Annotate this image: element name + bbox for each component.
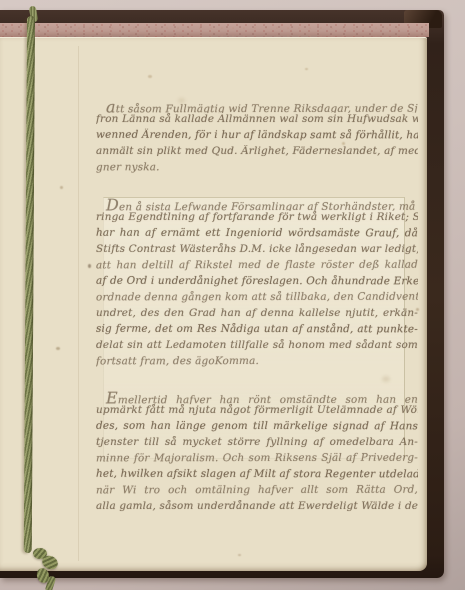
stain-spot — [305, 68, 308, 70]
stain-spot — [148, 75, 152, 78]
handwriting-line: het, hwilken afsikt slagen af Milt af st… — [96, 468, 418, 485]
handwriting-line: des, som han länge genom till märkelige … — [96, 420, 418, 437]
handwriting-line: när Wi tro och omtälning hafver allt som… — [96, 484, 418, 501]
handwriting-line: Stifts Contrast Wästeråhs D.M. icke lång… — [96, 243, 418, 259]
handwriting-line: delat sin att Ledamoten tillfalle så hon… — [96, 339, 418, 355]
page-fold-line — [78, 46, 79, 561]
handwriting-line: wenned Ärenden, för i hur af ländskap sa… — [96, 129, 418, 146]
stain-spot — [382, 376, 390, 382]
handwriting-line: gner nyska. — [96, 161, 418, 178]
manuscript-page: att såsom Fullmägtig wid Trenne Riksdaga… — [0, 37, 427, 571]
handwriting-line: fortsatt fram, des ägoKomma. — [96, 355, 418, 372]
stain-spot — [56, 347, 60, 350]
handwriting-paragraph: att såsom Fullmägtig wid Trenne Riksdaga… — [96, 97, 418, 177]
handwriting-line: Den å sista Lefwande Församlingar af Sto… — [96, 195, 418, 212]
handwriting-line: upmärkt fått må njuta något förmerligit … — [96, 404, 418, 420]
handwriting-block: att såsom Fullmägtig wid Trenne Riksdaga… — [96, 97, 418, 516]
handwriting-line: ordnade denna gången kom att så tillbaka… — [96, 291, 418, 308]
handwriting-line: fron Länna så kallade Allmännen wal som … — [96, 113, 418, 129]
stain-spot — [60, 186, 63, 189]
handwriting-line: af de Ord i underdånighet föreslagen. Oc… — [96, 275, 418, 292]
stain-spot — [88, 264, 91, 268]
handwriting-line: ringa Egendtlning af fortfarande för twå… — [96, 211, 418, 227]
handwriting-line: att såsom Fullmägtig wid Trenne Riksdaga… — [96, 97, 418, 114]
book: att såsom Fullmägtig wid Trenne Riksdaga… — [0, 10, 444, 578]
handwriting-line: undret, des den Grad han af denna kallel… — [96, 307, 418, 323]
handwriting-line: anmält sin plikt med Qud. Ärlighet, Fäde… — [96, 145, 418, 161]
handwriting-paragraph: Den å sista Lefwande Församlingar af Sto… — [96, 195, 418, 371]
stain-spot — [342, 142, 345, 145]
handwriting-line: tjenster till så mycket större fyllning … — [96, 436, 418, 452]
stain-spot — [178, 98, 185, 103]
handwriting-line: alla gamla, såsom underdånande att Ewerd… — [96, 500, 418, 516]
page-edge-marbling — [0, 23, 429, 37]
handwriting-line: att han deltill af Rikstel med de flaste… — [96, 259, 418, 276]
handwriting-paragraph: Emellertid hafver han rönt omständte som… — [96, 388, 418, 516]
stain-spot — [238, 554, 241, 556]
stain-spot — [416, 308, 419, 311]
handwriting-line: Emellertid hafver han rönt omständte som… — [96, 388, 418, 405]
handwriting-line: har han af ernämt ett Ingeniorid wördsam… — [96, 227, 418, 244]
photo-of-manuscript: { "colors": { "backdrop": "#cec0bb", "le… — [0, 0, 465, 590]
handwriting-line: minne för Majoralism. Och som Riksens Sj… — [96, 452, 418, 469]
handwriting-line: sig ferme, det om Res Nådiga utan af ans… — [96, 323, 418, 340]
